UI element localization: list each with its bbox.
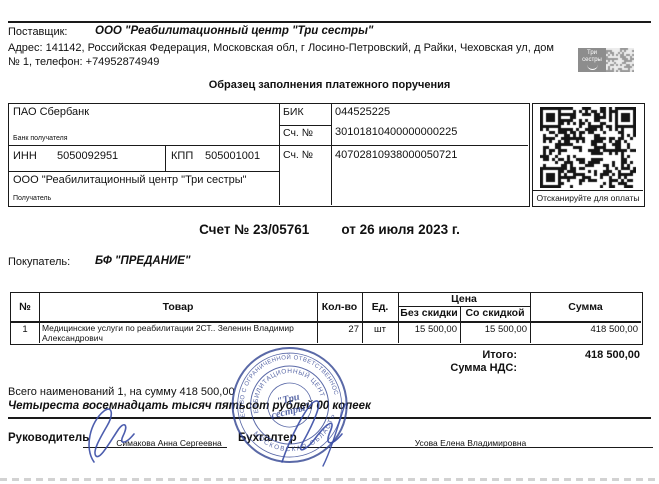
supplier-name: ООО "Реабилитационный центр "Три сестры": [95, 25, 373, 37]
divider: [331, 104, 332, 205]
kpp-value: 505001001: [205, 150, 260, 162]
divider: [533, 190, 643, 191]
col-header-price-full: Без скидки: [398, 306, 460, 321]
vat-label: Сумма НДС:: [450, 362, 517, 374]
total-value: 418 500,00: [585, 349, 640, 361]
page-edge-artifact: [0, 478, 659, 481]
row-unit: шт: [362, 324, 398, 335]
divider: [9, 171, 279, 172]
invoice-document: Поставщик: ООО "Реабилитационный центр "…: [0, 0, 659, 484]
divider: [279, 125, 331, 126]
director-signature: [80, 404, 150, 466]
logo-line1: Три: [587, 50, 597, 57]
kpp-label: КПП: [171, 150, 193, 162]
bik-label: БИК: [283, 106, 304, 118]
col-header-sum: Сумма: [530, 293, 641, 321]
payment-qr-box: Отсканируйте для оплаты: [532, 103, 645, 207]
col-header-product: Товар: [39, 293, 317, 321]
inn-label: ИНН: [13, 150, 37, 162]
col-header-unit: Ед.: [362, 293, 398, 321]
bank-name: ПАО Сбербанк: [13, 106, 89, 118]
corr-account-label: Сч. №: [283, 127, 313, 139]
invoice-title: Счет № 23/05761от 26 июля 2023 г.: [0, 222, 659, 237]
payment-qr-code: [540, 107, 636, 188]
account-label: Сч. №: [283, 149, 313, 161]
logo-qr-pattern: [606, 48, 634, 72]
col-header-qty: Кол-во: [317, 293, 362, 321]
receiver-name: ООО "Реабилитационный центр "Три сестры": [13, 174, 247, 186]
bank-caption: Банк получателя: [13, 135, 68, 142]
col-header-price: Цена: [398, 293, 530, 306]
buyer-name: БФ "ПРЕДАНИЕ": [95, 255, 190, 267]
top-rule: [8, 21, 651, 23]
receiver-caption: Получатель: [13, 195, 51, 202]
logo-smile-icon: [587, 64, 598, 70]
divider: [165, 145, 166, 171]
divider: [9, 145, 528, 146]
row-sum: 418 500,00: [530, 324, 638, 335]
total-label: Итого:: [482, 349, 517, 361]
qr-caption: Отсканируйте для оплаты: [533, 193, 643, 203]
bank-details-table: ПАО Сбербанк Банк получателя ИНН 5050092…: [8, 103, 530, 207]
row-price-full: 15 500,00: [398, 324, 457, 335]
col-header-num: №: [11, 293, 39, 321]
account-value: 40702810938000050721: [335, 149, 457, 161]
items-count-line: Всего наименований 1, на сумму 418 500,0…: [8, 386, 235, 398]
invoice-number: Счет № 23/05761: [199, 222, 309, 237]
divider: [279, 104, 280, 205]
inn-value: 5050092951: [57, 150, 118, 162]
logo-text-panel: Три сестры: [578, 48, 606, 72]
row-num: 1: [11, 324, 39, 335]
supplier-address-line2: № 1, телефон: +74952874949: [8, 56, 159, 68]
payment-sample-title: Образец заполнения платежного поручения: [0, 79, 659, 91]
accountant-signature: [272, 396, 367, 470]
buyer-label: Покупатель:: [8, 256, 70, 268]
logo-line2: сестры: [582, 57, 602, 64]
col-header-price-disc: Со скидкой: [460, 306, 530, 321]
director-label: Руководитель: [8, 432, 89, 444]
supplier-label: Поставщик:: [8, 26, 67, 38]
row-price-disc: 15 500,00: [460, 324, 527, 335]
row-product: Медицинские услуги по реабилитации 2СТ..…: [42, 323, 314, 344]
invoice-date: от 26 июля 2023 г.: [341, 222, 460, 237]
bik-value: 044525225: [335, 106, 390, 118]
supplier-address-line1: Адрес: 141142, Российская Федерация, Мос…: [8, 42, 554, 54]
corr-account-value: 30101810400000000225: [335, 126, 457, 138]
company-logo: Три сестры: [578, 48, 634, 72]
